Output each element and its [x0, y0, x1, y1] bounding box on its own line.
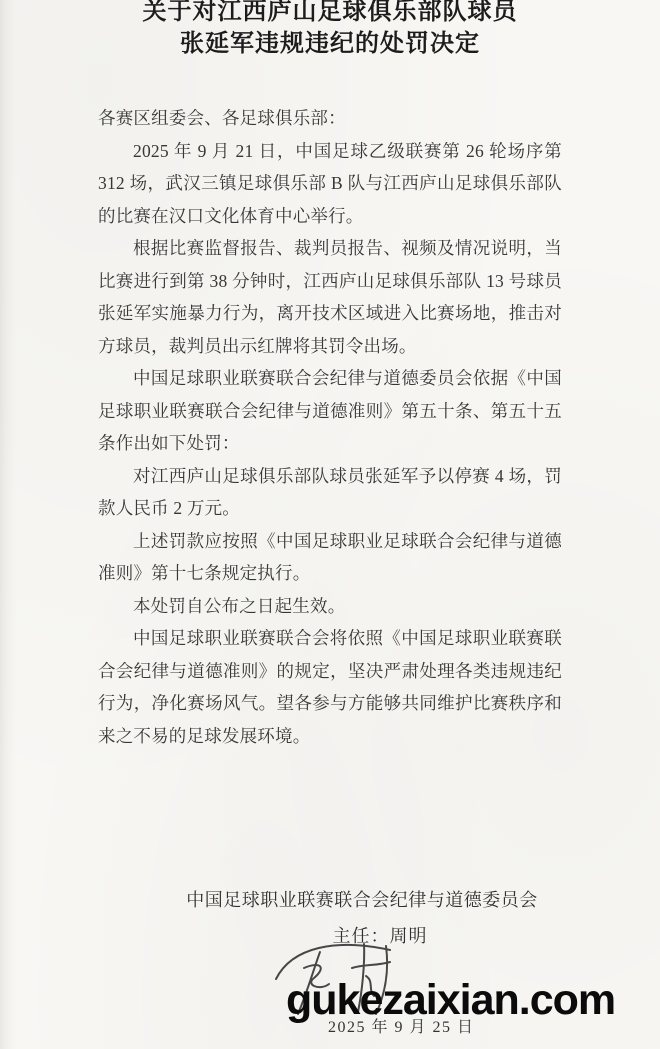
paragraph-6: 本处罚自公布之日起生效。 [98, 590, 562, 623]
salutation: 各赛区组委会、各足球俱乐部： [98, 102, 562, 135]
title-line-1: 关于对江西庐山足球俱乐部队球员 [0, 0, 660, 28]
paragraph-4: 对江西庐山足球俱乐部队球员张延军予以停赛 4 场，罚款人民币 2 万元。 [98, 460, 562, 525]
document-page: 关于对江西庐山足球俱乐部队球员 张延军违规违纪的处罚决定 各赛区组委会、各足球俱… [0, 0, 660, 1049]
document-body: 各赛区组委会、各足球俱乐部： 2025 年 9 月 21 日，中国足球乙级联赛第… [98, 102, 562, 752]
paragraph-7: 中国足球职业联赛联合会将依照《中国足球职业联赛联合会纪律与道德准则》的规定，坚决… [98, 622, 562, 752]
paragraph-3: 中国足球职业联赛联合会纪律与道德委员会依据《中国足球职业联赛联合会纪律与道德准则… [98, 362, 562, 460]
issuer-name: 中国足球职业联赛联合会纪律与道德委员会 [0, 886, 660, 912]
paragraph-5: 上述罚款应按照《中国足球职业足球联合会纪律与道德准则》第十七条规定执行。 [98, 525, 562, 590]
paragraph-1: 2025 年 9 月 21 日，中国足球乙级联赛第 26 轮场序第 312 场，… [98, 135, 562, 233]
document-title: 关于对江西庐山足球俱乐部队球员 张延军违规违纪的处罚决定 [0, 0, 660, 60]
title-line-2: 张延军违规违纪的处罚决定 [0, 28, 660, 60]
paragraph-2: 根据比赛监督报告、裁判员报告、视频及情况说明，当比赛进行到第 38 分钟时，江西… [98, 232, 562, 362]
watermark-text: gukezaixian.com [286, 979, 615, 1022]
